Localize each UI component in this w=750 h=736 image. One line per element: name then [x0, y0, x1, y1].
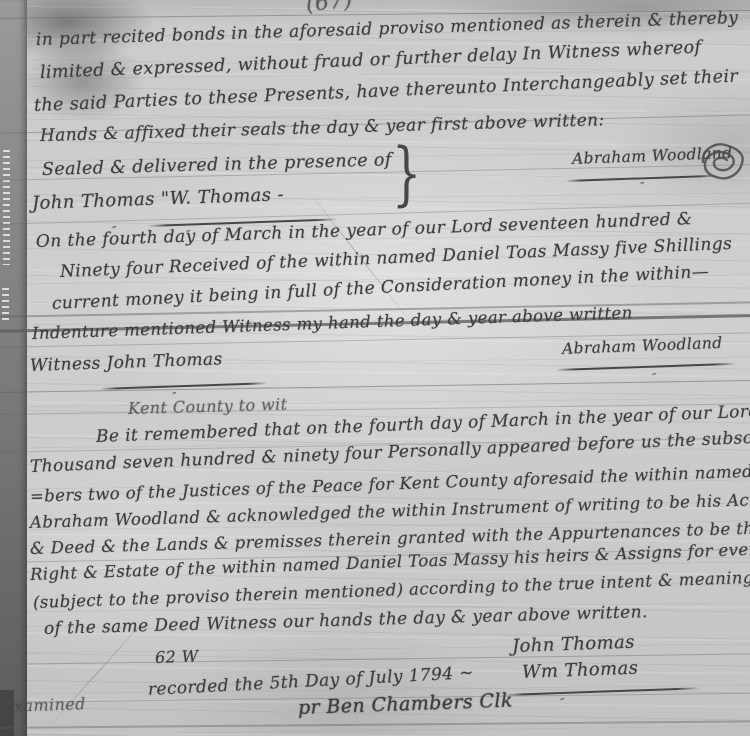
- film-edge-strip: [0, 0, 27, 736]
- venue-caption: Kent County to wit: [128, 395, 288, 418]
- scan-streak: [0, 720, 750, 729]
- examined-note: Examined: [2, 694, 86, 716]
- sealed-delivered-line: Sealed & delivered in the presence of: [42, 150, 392, 180]
- justice-signature-1: John Thomas: [512, 632, 636, 657]
- manuscript-deed-scan: (67) in part recited bonds in the afores…: [0, 0, 750, 736]
- scan-streak: [0, 380, 750, 393]
- signature-underline: [100, 382, 268, 390]
- page-number: (67): [305, 0, 354, 17]
- ditto-mark: ″: [652, 371, 656, 385]
- ditto-mark: ″: [112, 224, 116, 238]
- attesting-witnesses-line: John Thomas "W. Thomas -: [32, 184, 285, 214]
- ditto-mark: ″: [560, 696, 564, 710]
- signature-underline: [505, 687, 700, 696]
- justice-signature-2: Wm Thomas: [522, 658, 639, 683]
- receipt-witness-line: Witness John Thomas: [30, 349, 223, 376]
- attestation-brace: }: [392, 133, 421, 214]
- ditto-mark: ″: [640, 180, 644, 194]
- seal-scribble-icon: [695, 138, 747, 184]
- deed-clause-line-4: Hands & affixed their seals the day & ye…: [40, 110, 605, 146]
- film-edge-marking: [3, 150, 10, 265]
- folio-note: 62 W: [155, 646, 199, 667]
- signature-underline: [556, 363, 736, 371]
- film-edge-marking: [2, 288, 9, 324]
- grantor-signature-2: Abraham Woodland: [562, 334, 723, 358]
- clerk-signature: pr Ben Chambers Clk: [298, 690, 514, 719]
